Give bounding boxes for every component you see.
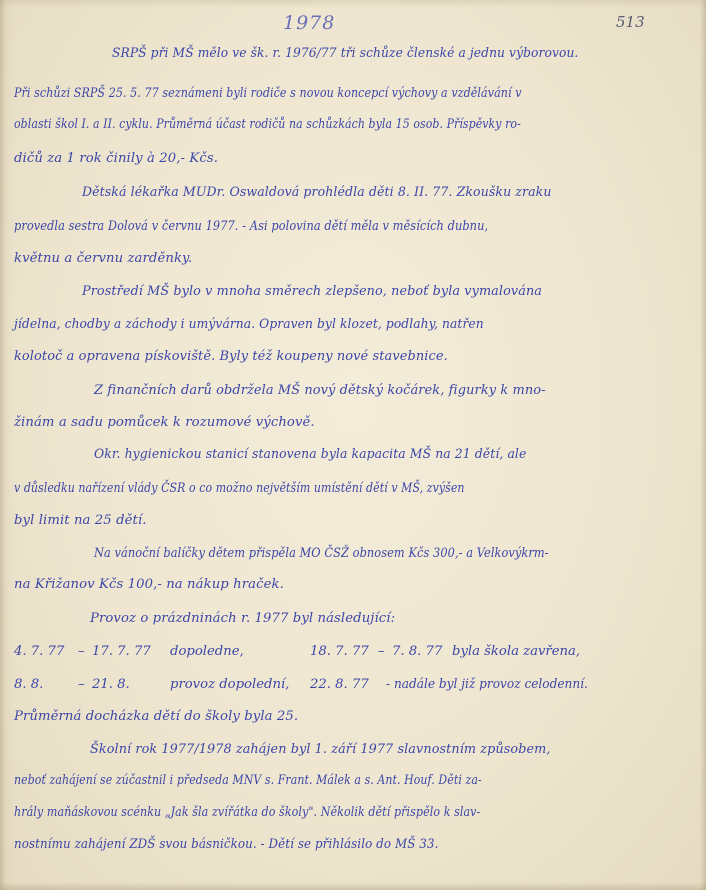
page-number: 513 bbox=[616, 13, 645, 31]
schedule-note: provoz dopolední, bbox=[170, 676, 289, 694]
schedule-dash: – bbox=[78, 676, 85, 694]
page-year-heading: 1978 bbox=[283, 12, 335, 34]
paragraph-line: provedla sestra Dolová v červnu 1977. - … bbox=[14, 218, 488, 236]
paragraph-line: SRPŠ při MŠ mělo ve šk. r. 1976/77 tři s… bbox=[112, 45, 578, 63]
paragraph-line: květnu a červnu zarděnky. bbox=[14, 250, 192, 268]
chronicle-page: 1978 513 SRPŠ při MŠ mělo ve šk. r. 1976… bbox=[0, 0, 706, 890]
schedule-to-2: 7. 8. 77 bbox=[392, 643, 442, 661]
paragraph-line: kolotoč a opravena pískoviště. Byly též … bbox=[14, 348, 448, 366]
paragraph-line: v důsledku nařízení vlády ČSR o co možno… bbox=[14, 480, 465, 498]
schedule-from: 8. 8. bbox=[14, 676, 43, 694]
schedule-dash: – bbox=[78, 643, 85, 661]
schedule-from: 4. 7. 77 bbox=[14, 643, 64, 661]
paragraph-line: neboť zahájení se zúčastnil i předseda M… bbox=[14, 772, 482, 790]
schedule-to: 21. 8. bbox=[92, 676, 130, 694]
schedule-to: 17. 7. 77 bbox=[92, 643, 151, 661]
schedule-from-2: 18. 7. 77 bbox=[310, 643, 369, 661]
schedule-note-2: - nadále byl již provoz celodenní. bbox=[386, 676, 588, 694]
page-bottom-shadow bbox=[0, 882, 706, 890]
paragraph-line: Provoz o prázdninách r. 1977 byl následu… bbox=[90, 610, 395, 628]
schedule-note: dopoledne, bbox=[170, 643, 244, 661]
paragraph-line: hrály maňáskovou scénku „Jak šla zvířátk… bbox=[14, 804, 480, 822]
paragraph-line: Okr. hygienickou stanicí stanovena byla … bbox=[94, 446, 526, 464]
paragraph-line: Prostředí MŠ bylo v mnoha směrech zlepše… bbox=[82, 283, 542, 301]
schedule-from-2: 22. 8. 77 bbox=[310, 676, 369, 694]
paragraph-line: na Křižanov Kčs 100,- na nákup hraček. bbox=[14, 576, 284, 594]
paragraph-line: nostnímu zahájení ZDŠ svou básničkou. - … bbox=[14, 836, 438, 854]
paragraph-line: oblasti škol I. a II. cyklu. Průměrná úč… bbox=[14, 116, 521, 134]
paragraph-line: jídelna, chodby a záchody i umývárna. Op… bbox=[14, 316, 484, 334]
paragraph-line: Z finančních darů obdržela MŠ nový dětsk… bbox=[94, 382, 546, 400]
paragraph-line: byl limit na 25 dětí. bbox=[14, 512, 147, 530]
attendance-line: Průměrná docházka dětí do školy byla 25. bbox=[14, 708, 298, 726]
paragraph-line: žinám a sadu pomůcek k rozumové výchově. bbox=[14, 414, 315, 432]
paragraph-line: Dětská lékařka MUDr. Oswaldová prohlédla… bbox=[82, 184, 552, 202]
page-edge-shadow bbox=[700, 0, 706, 890]
schedule-note-2: byla škola zavřena, bbox=[452, 643, 580, 661]
schedule-dash-2: – bbox=[378, 643, 385, 661]
paragraph-line: Na vánoční balíčky dětem přispěla MO ČSŽ… bbox=[94, 545, 549, 563]
paragraph-line: Při schůzi SRPŠ 25. 5. 77 seznámeni byli… bbox=[14, 85, 522, 103]
paragraph-line: dičů za 1 rok činily à 20,- Kčs. bbox=[14, 150, 218, 168]
paragraph-line: Školní rok 1977/1978 zahájen byl 1. září… bbox=[90, 741, 551, 759]
